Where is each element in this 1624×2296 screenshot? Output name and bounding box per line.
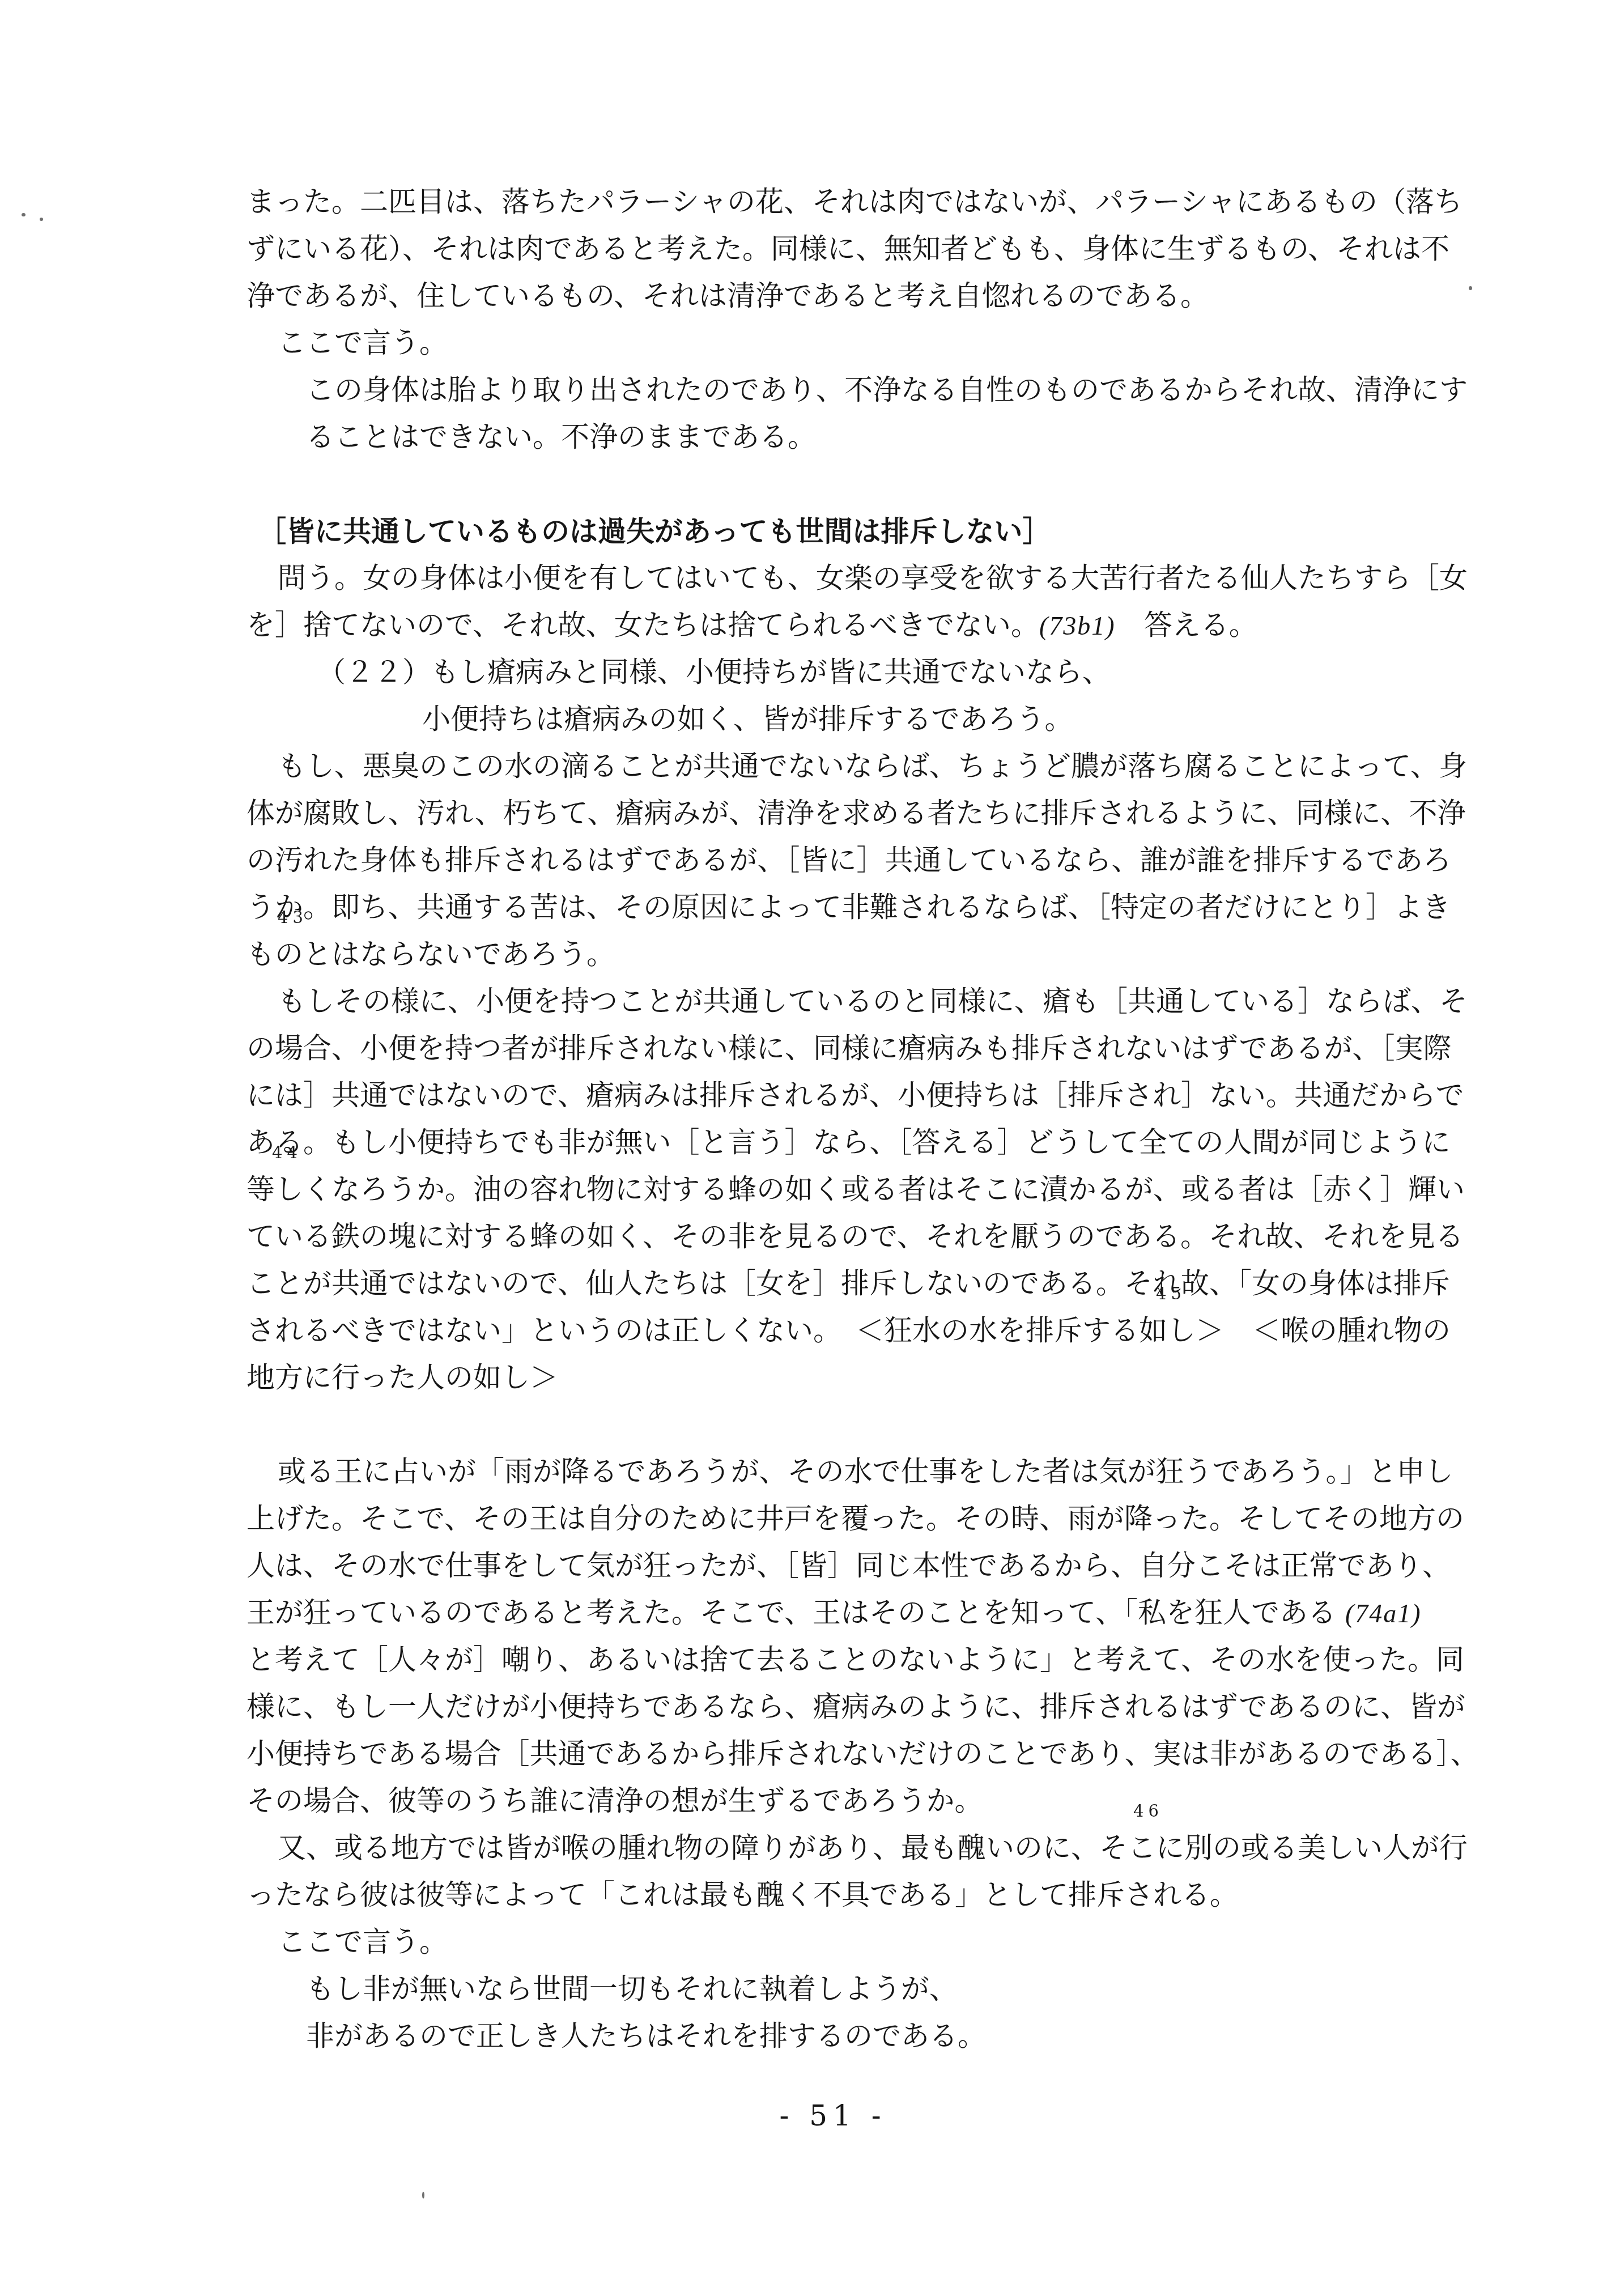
text-line: もし、悪臭のこの水の滴ることが共通でないならば、ちょうど膿が落ち腐ることによって… [278, 743, 1493, 790]
footnote-marker: 46 [1133, 1803, 1163, 1819]
folio-reference: (74a1) [1345, 1599, 1422, 1628]
text-line: もしその様に、小便を持つことが共通しているのと同様に、瘡も［共通している］ならば… [278, 978, 1493, 1025]
text-line: ったなら彼は彼等によって「これは最も醜く不具である」として排斥される。 [246, 1872, 1493, 1919]
text-line: ここで言う。 [278, 1919, 1493, 1966]
footnote-marker: 43 [278, 909, 308, 926]
scanned-document-page: まった。二匹目は、落ちたパラーシャの花、それは肉ではないが、パラーシャにあるもの… [0, 0, 1624, 2296]
text-line: には］共通ではないので、瘡病みは排斥されるが、小便持ちは［排斥され］ない。共通だ… [246, 1072, 1493, 1119]
text-line: 体が腐敗し、汚れ、朽ちて、瘡病みが、清浄を求める者たちに排斥されるように、同様に… [246, 790, 1493, 837]
text-line: 王が狂っているのであると考えた。そこで、王はそのことを知って、「私を狂人である … [246, 1589, 1493, 1636]
blank-line [246, 461, 1493, 508]
text-line: 上げた。そこで、その王は自分のために井戸を覆った。その時、雨が降った。そしてその… [246, 1495, 1493, 1542]
text-line: ここで言う。 [278, 320, 1493, 367]
body-text: まった。二匹目は、落ちたパラーシャの花、それは肉ではないが、パラーシャにあるもの… [246, 178, 1493, 2060]
line-segment: 王が狂っているのであると考えた。そこで、王はそのことを知って、「私を狂人である [246, 1596, 1345, 1629]
verse-line: この身体は胎より取り出されたのであり、不浄なる自性のものであるからそれ故、清浄に… [306, 367, 1493, 414]
footnote-marker: 45 [1156, 1286, 1186, 1302]
text-line: 46又、或る地方では皆が喉の腫れ物の障りがあり、最も醜いのに、そこに別の或る美し… [278, 1825, 1493, 1872]
page-number: - 51 - [779, 2099, 886, 2132]
text-line: 小便持ちである場合［共通であるから排斥されないだけのことであり、実は非があるので… [246, 1730, 1493, 1778]
verse-line: ることはできない。不浄のままである。 [306, 414, 1493, 461]
text-line: まった。二匹目は、落ちたパラーシャの花、それは肉ではないが、パラーシャにあるもの… [246, 178, 1493, 226]
text-line: 様に、もし一人だけが小便持ちであるなら、瘡病みのように、排斥されるはずであるのに… [246, 1683, 1493, 1730]
text-line: 地方に行った人の如し＞ [246, 1354, 1493, 1401]
text-line: を］捨てないので、それ故、女たちは捨てられるべきでない。(73b1) 答える。 [246, 602, 1493, 649]
line-segment: 又、或る地方では皆が喉の腫れ物の障りがあり、最も醜いのに、そこに別の或る美しい人… [278, 1831, 1468, 1864]
text-line: と考えて［人々が］嘲り、あるいは捨て去ることのないように」と考えて、その水を使っ… [246, 1636, 1493, 1683]
line-segment: を］捨てないので、それ故、女たちは捨てられるべきでない。 [246, 609, 1039, 641]
scan-artifact [40, 218, 43, 221]
text-line: 45されるべきではない」というのは正しくない。 ＜狂水の水を排斥する如し＞ ＜喉… [246, 1307, 1493, 1354]
text-line: うか。即ち、共通する苦は、その原因によって非難されるならば、［特定の者だけにとり… [246, 884, 1493, 931]
line-segment: 等しくなろうか。油の容れ物に対する蜂の如く或る者はそこに漬かるが、或る者は［赤く… [246, 1173, 1465, 1206]
text-line: その場合、彼等のうち誰に清浄の想が生ずるであろうか。 [246, 1778, 1493, 1825]
text-line: の汚れた身体も排斥されるはずであるが、［皆に］共通しているなら、誰が誰を排斥する… [246, 837, 1493, 884]
text-line: 或る王に占いが「雨が降るであろうが、その水で仕事をした者は気が狂うであろう。」と… [278, 1448, 1493, 1495]
scan-artifact [422, 2192, 424, 2199]
line-segment: されるべきではない」というのは正しくない。 ＜狂水の水を排斥する如し＞ ＜喉の腫… [246, 1314, 1451, 1347]
line-segment: 答える。 [1116, 609, 1257, 641]
text-line: 43ものとはならないであろう。 [246, 931, 1493, 978]
text-line: ある。もし小便持ちでも非が無い［と言う］なら、［答える］どうして全ての人間が同じ… [246, 1119, 1493, 1166]
blank-line [246, 1401, 1493, 1448]
text-line: の場合、小便を持つ者が排斥されない様に、同様に瘡病みも排斥されないはずであるが、… [246, 1025, 1493, 1072]
text-line: ことが共通ではないので、仙人たちは［女を］排斥しないのである。それ故、「女の身体… [246, 1260, 1493, 1307]
footnote-marker: 44 [272, 1145, 302, 1161]
verse-line: もし非が無いなら世間一切もそれに執着しようが、 [306, 1966, 1493, 2013]
text-line: 人は、その水で仕事をして気が狂ったが、［皆］同じ本性であるから、自分こそは正常で… [246, 1542, 1493, 1589]
folio-reference: (73b1) [1039, 611, 1116, 640]
scan-artifact [22, 213, 25, 216]
text-line: 浄であるが、住しているもの、それは清浄であると考え自惚れるのである。 [246, 273, 1493, 320]
text-line: 問う。女の身体は小便を有してはいても、女楽の享受を欲する大苦行者たる仙人たちすら… [278, 555, 1493, 602]
text-line: ている鉄の塊に対する蜂の如く、その非を見るので、それを厭うのである。それ故、それ… [246, 1213, 1493, 1260]
line-segment: ものとはならないであろう。 [246, 938, 615, 971]
verse-line: 非があるので正しき人たちはそれを排するのである。 [306, 2013, 1493, 2060]
text-line: 44等しくなろうか。油の容れ物に対する蜂の如く或る者はそこに漬かるが、或る者は［… [246, 1166, 1493, 1213]
verse-line: （２２）もし瘡病みと同様、小便持ちが皆に共通でないなら、 [317, 649, 1493, 696]
verse-line: 小便持ちは瘡病みの如く、皆が排斥するであろう。 [422, 696, 1493, 743]
text-line: ずにいる花）、それは肉であると考えた。同様に、無知者どもも、身体に生ずるもの、そ… [246, 226, 1493, 273]
section-heading: ［皆に共通しているものは過失があっても世間は排斥しない］ [258, 508, 1493, 555]
